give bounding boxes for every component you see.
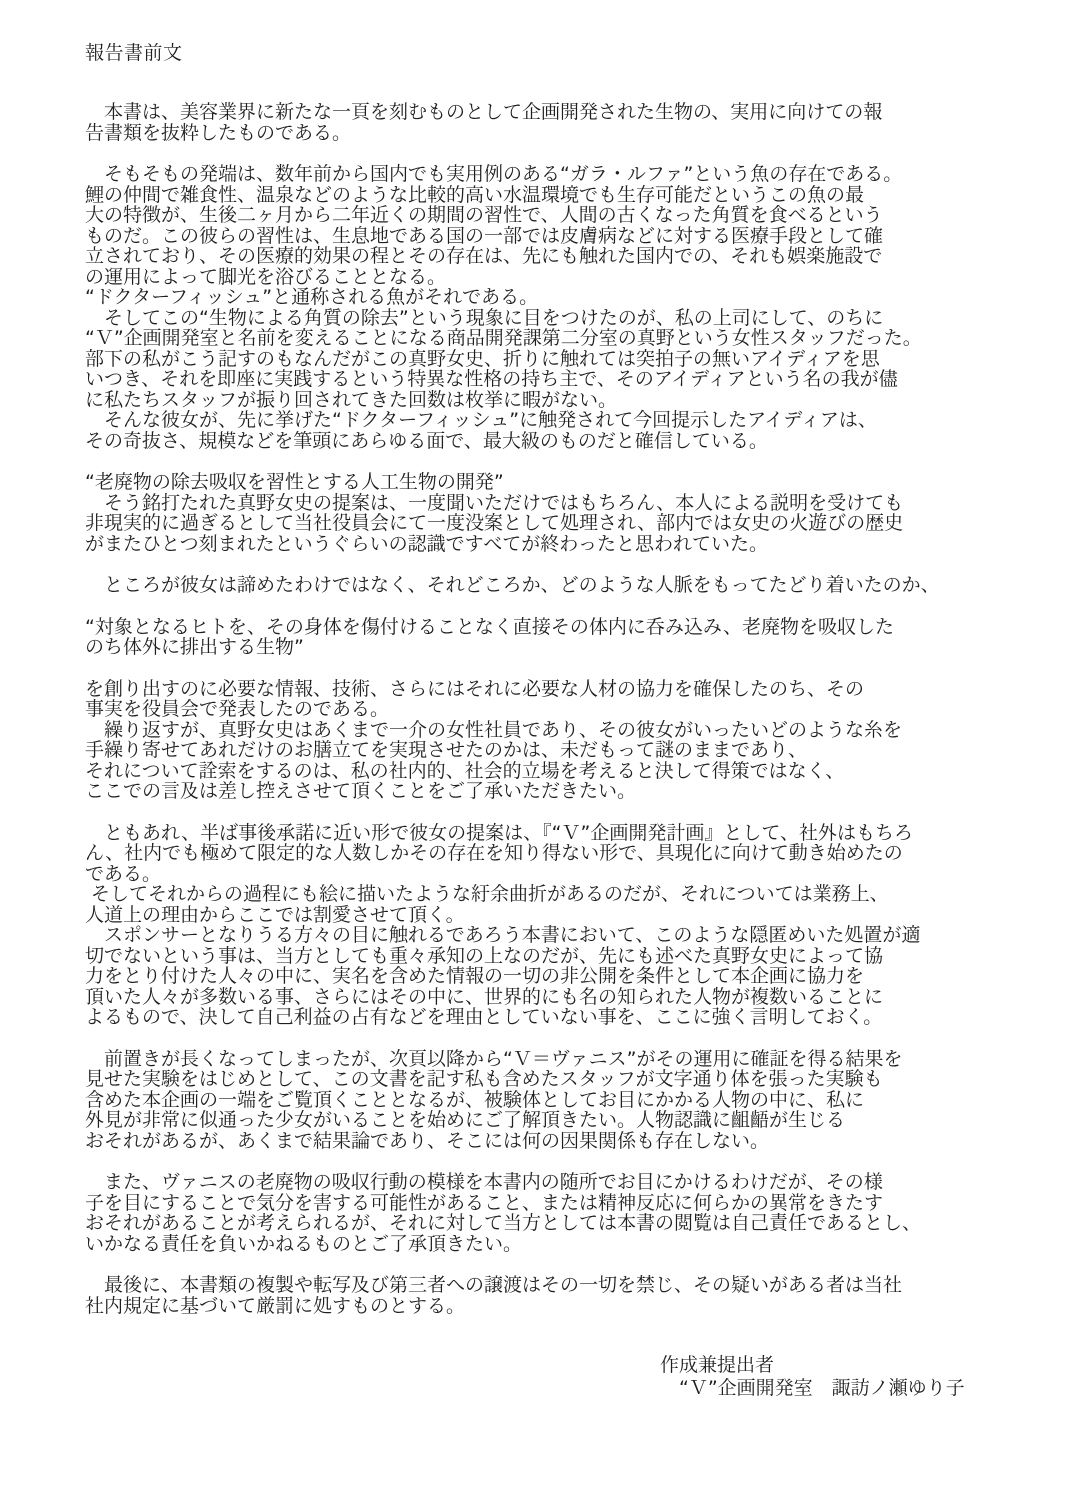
text-line: そう銘打たれた真野女史の提案は、一度聞いただけではもちろん、本人による説明を受け… [85,493,1025,514]
signature-role: 作成兼提出者 [660,1354,965,1377]
signature-block: 作成兼提出者 “Ｖ”企画開発室 諏訪ノ瀬ゆり子 [660,1354,965,1400]
text-line: 最後に、本書類の複製や転写及び第三者への譲渡はその一切を禁じ、その疑いがある者は… [85,1275,1025,1296]
text-line: “対象となるヒトを、その身体を傷付けることなく直接その体内に呑み込み、老廃物を吸… [85,617,1025,638]
text-line: ともあれ、半ば事後承諾に近い形で彼女の提案は、『“Ｖ”企画開発計画』として、社外… [85,823,1025,844]
text-line: 立されており、その医療的効果の程とその存在は、先にも触れた国内での、それも娯楽施… [85,246,1025,267]
text-line: 人道上の理由からここでは割愛させて頂く。 [85,905,1025,926]
paragraph: ところが彼女は諦めたわけではなく、それどころか、どのような人脈をもってたどり着い… [85,575,1025,596]
paragraph: “老廃物の除去吸収を習性とする人工生物の開発” そう銘打たれた真野女史の提案は、… [85,472,1025,554]
text-line: そしてこの“生物による角質の除去”という現象に目をつけたのが、私の上司にして、の… [85,308,1025,329]
paragraph: を創り出すのに必要な情報、技術、さらにはそれに必要な人材の協力を確保したのち、そ… [85,679,1025,802]
signature-author: “Ｖ”企画開発室 諏訪ノ瀬ゆり子 [660,1377,965,1400]
text-line: 頂いた人々が多数いる事、さらにはその中に、世界的にも名の知られた人物が複数いるこ… [85,987,1025,1008]
text-line: 社内規定に基づいて厳罰に処すものとする。 [85,1296,1025,1317]
text-line: 力をとり付けた人々の中に、実名を含めた情報の一切の非公開を条件として本企画に協力… [85,966,1025,987]
text-line: である。 [85,864,1025,885]
text-line: そしてそれからの過程にも絵に描いたような紆余曲折があるのだが、それについては業務… [85,884,1025,905]
text-line: “Ｖ”企画開発室と名前を変えることになる商品開発課第二分室の真野という女性スタッ… [85,328,1025,349]
text-line: また、ヴァニスの老廃物の吸収行動の模様を本書内の随所でお目にかけるわけだが、その… [85,1172,1025,1193]
paragraph: 前置きが長くなってしまったが、次頁以降から“Ｖ＝ヴァニス”がその運用に確証を得る… [85,1049,1025,1152]
text-line: それについて詮索をするのは、私の社内的、社会的立場を考えると決して得策ではなく、 [85,761,1025,782]
text-line: そんな彼女が、先に挙げた“ドクターフィッシュ”に触発されて今回提示したアイディア… [85,410,1025,431]
text-line: ものだ。この彼らの習性は、生息地である国の一部では皮膚病などに対する医療手段とし… [85,226,1025,247]
text-line: 非現実的に過ぎるとして当社役員会にて一度没案として処理され、部内では女史の火遊び… [85,513,1025,534]
text-line: 部下の私がこう記すのもなんだがこの真野女史、折りに触れては突拍子の無いアイディア… [85,349,1025,370]
paragraph: 本書は、美容業界に新たな一頁を刻むものとして企画開発された生物の、実用に向けての… [85,102,1025,143]
text-line: 外見が非常に似通った少女がいることを始めにご了解頂きたい。人物認識に齟齬が生じる [85,1110,1025,1131]
text-line: ここでの言及は差し控えさせて頂くことをご了承いただきたい。 [85,781,1025,802]
paragraph: また、ヴァニスの老廃物の吸収行動の模様を本書内の随所でお目にかけるわけだが、その… [85,1172,1025,1254]
text-line: おそれがあるが、あくまで結果論であり、そこには何の因果関係も存在しない。 [85,1131,1025,1152]
paragraph: “対象となるヒトを、その身体を傷付けることなく直接その体内に呑み込み、老廃物を吸… [85,617,1025,658]
paragraph: そもそもの発端は、数年前から国内でも実用例のある“ガラ・ルファ”という魚の存在で… [85,164,1025,451]
text-line: 切でないという事は、当方としても重々承知の上なのだが、先にも述べた真野女史によっ… [85,946,1025,967]
text-line: 子を目にすることで気分を害する可能性があること、または精神反応に何らかの異常をき… [85,1193,1025,1214]
text-line: ところが彼女は諦めたわけではなく、それどころか、どのような人脈をもってたどり着い… [85,575,1025,596]
text-line: ん、社内でも極めて限定的な人数しかその存在を知り得ない形で、具現化に向けて動き始… [85,843,1025,864]
text-line: いつき、それを即座に実践するという特異な性格の持ち主で、そのアイディアという名の… [85,369,1025,390]
text-line: 繰り返すが、真野女史はあくまで一介の女性社員であり、その彼女がいったいどのような… [85,720,1025,741]
text-line: いかなる責任を負いかねるものとご了承頂きたい。 [85,1234,1025,1255]
document-body: 本書は、美容業界に新たな一頁を刻むものとして企画開発された生物の、実用に向けての… [85,102,1025,1337]
text-line: 告書類を抜粋したものである。 [85,123,1025,144]
text-line: その奇抜さ、規模などを筆頭にあらゆる面で、最大級のものだと確信している。 [85,431,1025,452]
text-line: 鯉の仲間で雑食性、温泉などのような比較的高い水温環境でも生存可能だというこの魚の… [85,185,1025,206]
text-line: の運用によって脚光を浴びることとなる。 [85,267,1025,288]
text-line: そもそもの発端は、数年前から国内でも実用例のある“ガラ・ルファ”という魚の存在で… [85,164,1025,185]
text-line: 本書は、美容業界に新たな一頁を刻むものとして企画開発された生物の、実用に向けての… [85,102,1025,123]
text-line: がまたひとつ刻まれたというぐらいの認識ですべてが終わったと思われていた。 [85,534,1025,555]
text-line: “老廃物の除去吸収を習性とする人工生物の開発” [85,472,1025,493]
paragraph: 最後に、本書類の複製や転写及び第三者への譲渡はその一切を禁じ、その疑いがある者は… [85,1275,1025,1316]
document-title: 報告書前文 [85,38,183,65]
text-line: スポンサーとなりうる方々の目に触れるであろう本書において、このような隠匿めいた処… [85,925,1025,946]
text-line: に私たちスタッフが振り回されてきた回数は枚挙に暇がない。 [85,390,1025,411]
text-line: 手繰り寄せてあれだけのお膳立てを実現させたのかは、未だもって謎のままであり、 [85,740,1025,761]
text-line: 大の特徴が、生後二ヶ月から二年近くの期間の習性で、人間の古くなった角質を食べると… [85,205,1025,226]
text-line: 含めた本企画の一端をご覧頂くこととなるが、被験体としてお目にかかる人物の中に、私… [85,1090,1025,1111]
text-line: のち体外に排出する生物” [85,637,1025,658]
text-line: 前置きが長くなってしまったが、次頁以降から“Ｖ＝ヴァニス”がその運用に確証を得る… [85,1049,1025,1070]
text-line: おそれがあることが考えられるが、それに対して当方としては本書の閲覧は自己責任であ… [85,1213,1025,1234]
text-line: “ドクターフィッシュ”と通称される魚がそれである。 [85,287,1025,308]
text-line: 事実を役員会で発表したのである。 [85,699,1025,720]
paragraph: ともあれ、半ば事後承諾に近い形で彼女の提案は、『“Ｖ”企画開発計画』として、社外… [85,823,1025,1028]
text-line: よるもので、決して自己利益の占有などを理由としていない事を、ここに強く言明してお… [85,1007,1025,1028]
text-line: 見せた実験をはじめとして、この文書を記す私も含めたスタッフが文字通り体を張った実… [85,1069,1025,1090]
report-page: 報告書前文 本書は、美容業界に新たな一頁を刻むものとして企画開発された生物の、実… [0,0,1080,1496]
text-line: を創り出すのに必要な情報、技術、さらにはそれに必要な人材の協力を確保したのち、そ… [85,679,1025,700]
